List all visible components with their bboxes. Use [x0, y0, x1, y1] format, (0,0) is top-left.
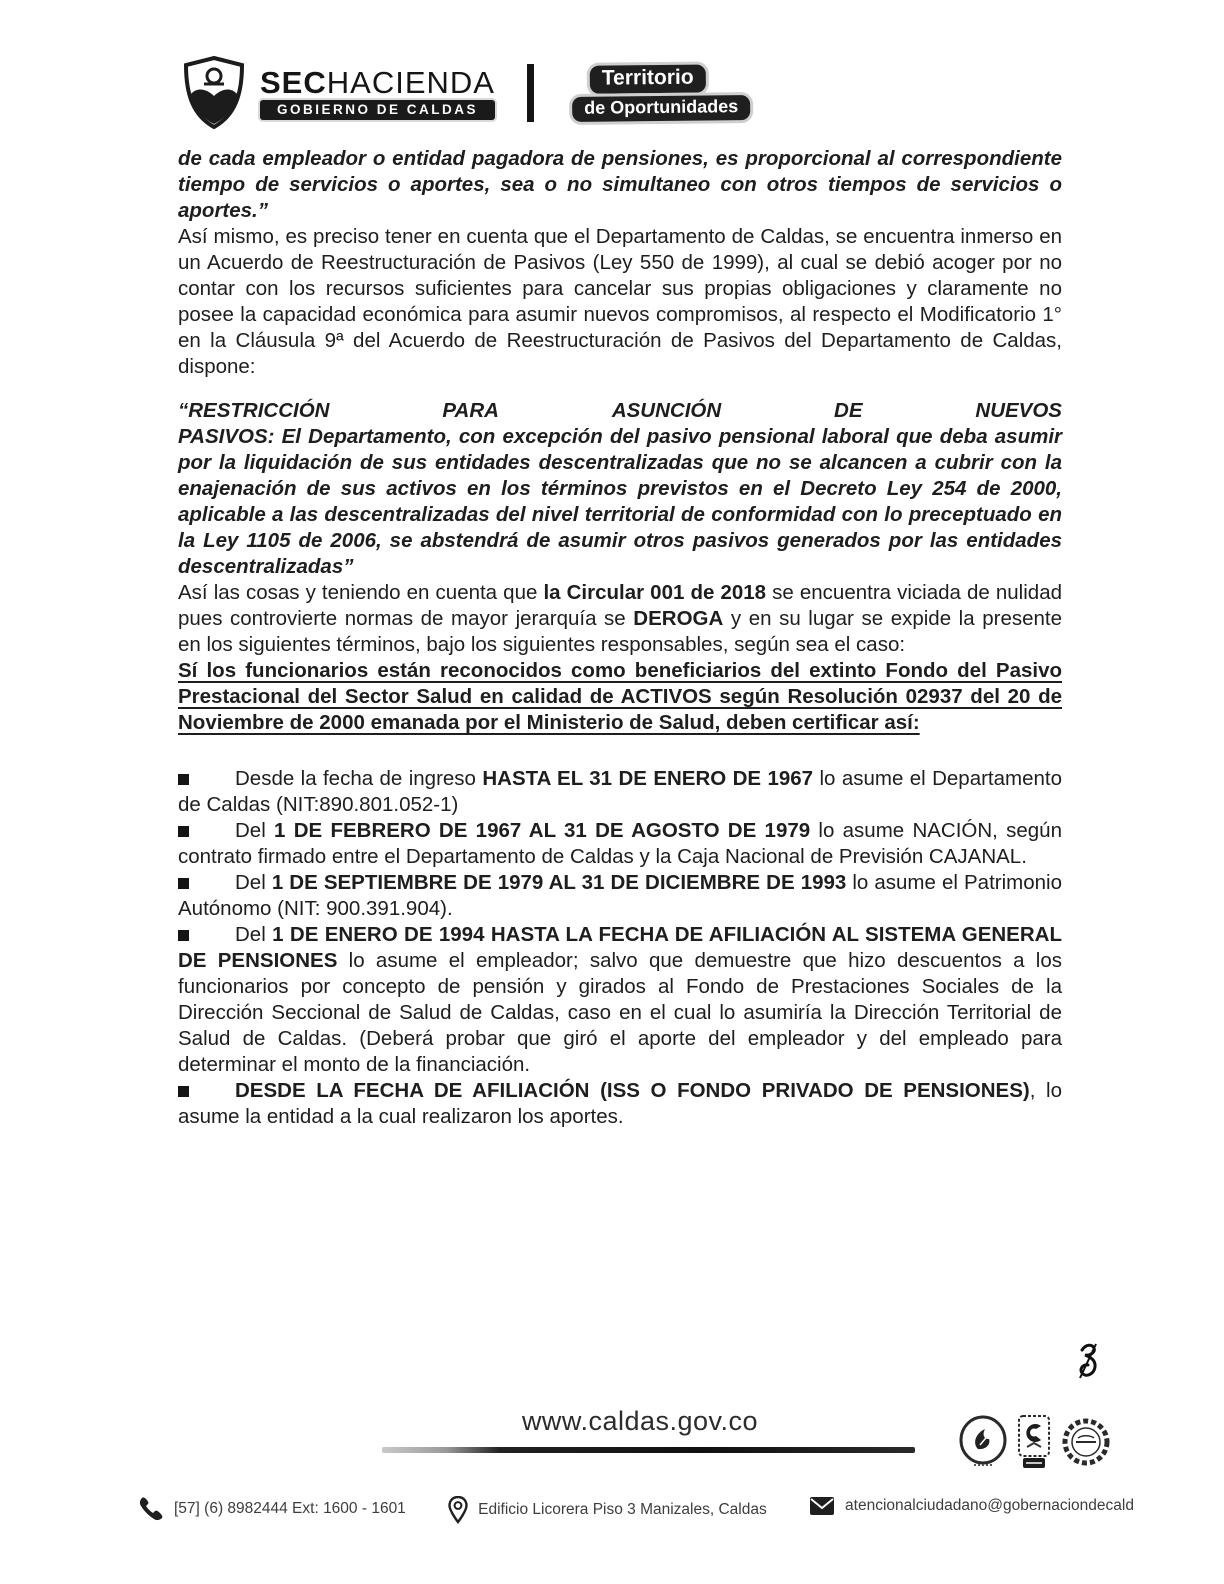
bullet-square-icon — [178, 930, 189, 941]
contact-email: atencionalciudadano@gobernaciondecald — [809, 1496, 1134, 1516]
certification-seal-1 — [958, 1415, 1008, 1469]
location-pin-icon — [448, 1496, 468, 1524]
bullet-item-3: Del 1 DE SEPTIEMBRE DE 1979 AL 31 DE DIC… — [178, 870, 1062, 922]
contact-bar: [57] (6) 8982444 Ext: 1600 - 1601 Edific… — [138, 1496, 1134, 1524]
document-body: de cada empleador o entidad pagadora de … — [178, 146, 1062, 1130]
bold-date-range: DESDE LA FECHA DE AFILIACIÓN (ISS O FOND… — [235, 1079, 1030, 1102]
text-run: Del — [235, 819, 274, 842]
paragraph-acuerdo-reestructuracion: Así mismo, es preciso tener en cuenta qu… — [178, 224, 1062, 380]
address-text: Edificio Licorera Piso 3 Manizales, Cald… — [478, 1501, 767, 1519]
quoted-paragraph-continuation: de cada empleador o entidad pagadora de … — [178, 146, 1062, 224]
quote-word: “RESTRICCIÓN — [178, 398, 329, 424]
text-run: Del — [235, 923, 272, 946]
contact-address: Edificio Licorera Piso 3 Manizales, Cald… — [448, 1496, 767, 1524]
blockquote-text: PASIVOS: El Departamento, con excepción … — [178, 424, 1062, 580]
envelope-icon — [809, 1496, 835, 1516]
footer-rule — [382, 1447, 915, 1453]
certification-seal-3 — [1060, 1416, 1112, 1468]
brand-subtitle-banner: GOBIERNO DE CALDAS — [260, 100, 495, 120]
contact-phone: [57] (6) 8982444 Ext: 1600 - 1601 — [138, 1496, 406, 1522]
certification-seal-2 — [1017, 1414, 1051, 1470]
quote-word: PARA — [442, 398, 499, 424]
bullet-item-5: DESDE LA FECHA DE AFILIACIÓN (ISS O FOND… — [178, 1078, 1062, 1130]
bold-circular-001: la Circular 001 de 2018 — [543, 581, 766, 604]
bullet-item-2: Del 1 DE FEBRERO DE 1967 AL 31 DE AGOSTO… — [178, 818, 1062, 870]
brand-block: SECHACIENDA GOBIERNO DE CALDAS — [260, 67, 495, 120]
caldas-crest-logo — [182, 56, 246, 130]
text-run: Desde la fecha de ingreso — [235, 767, 482, 790]
phone-icon — [138, 1496, 164, 1522]
bold-date-range: 1 DE FEBRERO DE 1967 AL 31 DE AGOSTO DE … — [274, 819, 810, 842]
underlined-heading-activos: Sí los funcionarios están reconocidos co… — [178, 658, 1062, 736]
bullet-item-4: Del 1 DE ENERO DE 1994 HASTA LA FECHA DE… — [178, 922, 1062, 1078]
bullet-item-1: Desde la fecha de ingreso HASTA EL 31 DE… — [178, 766, 1062, 818]
bold-deroga: DEROGA — [633, 607, 723, 630]
bold-date-range: HASTA EL 31 DE ENERO DE 1967 — [482, 767, 813, 790]
territorio-badge: Territorio de Oportunidades — [572, 64, 751, 122]
bold-date-range: 1 DE SEPTIEMBRE DE 1979 AL 31 DE DICIEMB… — [272, 871, 846, 894]
header-divider — [527, 64, 534, 122]
quote-word: NUEVOS — [975, 398, 1062, 424]
brand-name: SECHACIENDA — [260, 67, 495, 99]
phone-text: [57] (6) 8982444 Ext: 1600 - 1601 — [174, 1500, 406, 1518]
scanned-document-page: SECHACIENDA GOBIERNO DE CALDAS Territori… — [0, 0, 1224, 1584]
blockquote-restriccion: “RESTRICCIÓN PARA ASUNCIÓN DE NUEVOS PAS… — [178, 398, 1062, 580]
quote-word: DE — [834, 398, 862, 424]
quote-word: ASUNCIÓN — [612, 398, 721, 424]
bullet-square-icon — [178, 1086, 189, 1097]
badge-line-2: de Oportunidades — [572, 95, 750, 122]
text-run: Así las cosas y teniendo en cuenta que — [178, 581, 543, 604]
bullet-square-icon — [178, 774, 189, 785]
paragraph-deroga: Así las cosas y teniendo en cuenta que l… — [178, 580, 1062, 658]
brand-name-rest: HACIENDA — [327, 65, 495, 100]
certification-seals — [958, 1414, 1112, 1470]
bullet-list: Desde la fecha de ingreso HASTA EL 31 DE… — [178, 766, 1062, 1130]
brand-name-bold: SEC — [260, 65, 327, 100]
website-url: www.caldas.gov.co — [420, 1406, 860, 1437]
letterhead: SECHACIENDA GOBIERNO DE CALDAS Territori… — [182, 56, 750, 130]
blockquote-title-line: “RESTRICCIÓN PARA ASUNCIÓN DE NUEVOS — [178, 398, 1062, 424]
bullet-square-icon — [178, 826, 189, 837]
email-text: atencionalciudadano@gobernaciondecald — [845, 1497, 1134, 1515]
bullet-square-icon — [178, 878, 189, 889]
badge-line-1: Territorio — [590, 65, 706, 94]
handwritten-ink-mark — [1076, 1340, 1102, 1384]
text-run: Del — [235, 871, 272, 894]
